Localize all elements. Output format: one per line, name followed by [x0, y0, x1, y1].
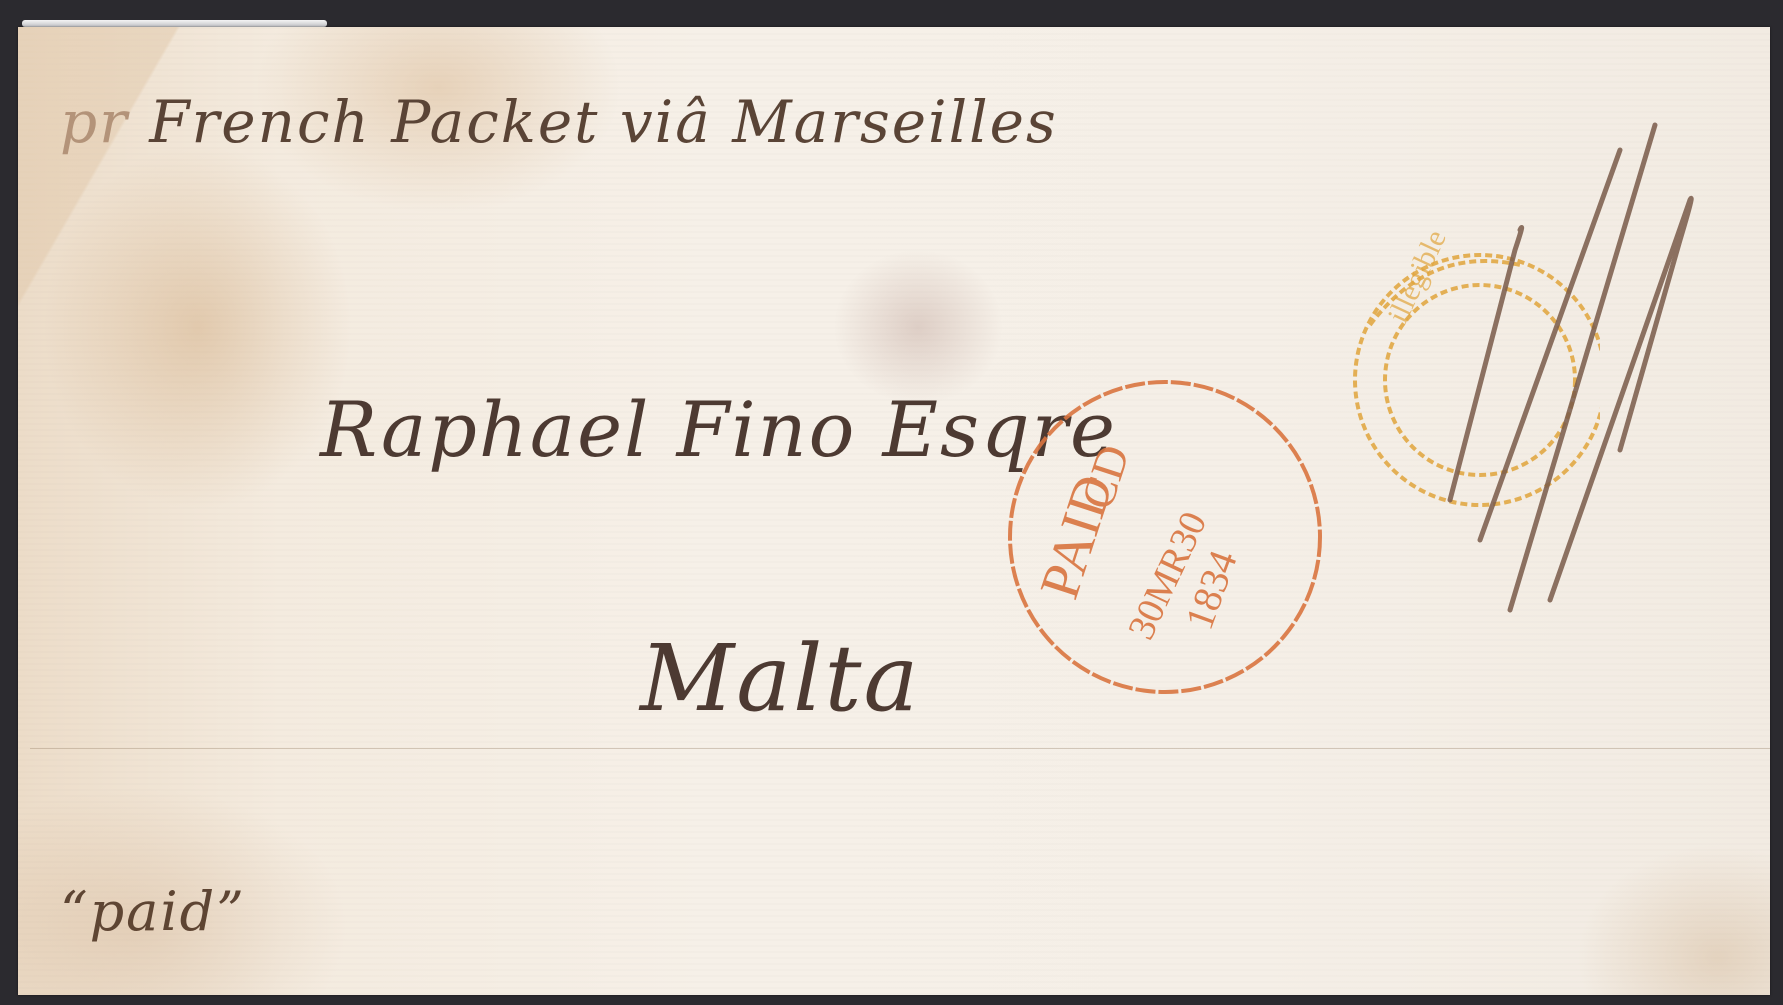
- route-prefix: pr: [60, 88, 129, 156]
- mount-strip: [22, 20, 327, 27]
- route-text: French Packet viâ Marseilles: [149, 88, 1057, 156]
- addressee: Raphael Fino Esqre: [320, 385, 1117, 474]
- stamp-center-text: CD: [1071, 439, 1139, 516]
- destination: Malta: [640, 625, 920, 732]
- paid-datestamp: PAID CD 30MR30 1834: [1000, 372, 1330, 702]
- fold-line: [30, 748, 1770, 749]
- paid-annotation: “paid”: [60, 880, 246, 943]
- rating-marks: [1420, 80, 1720, 620]
- route-instruction: pr French Packet viâ Marseilles: [60, 88, 1058, 156]
